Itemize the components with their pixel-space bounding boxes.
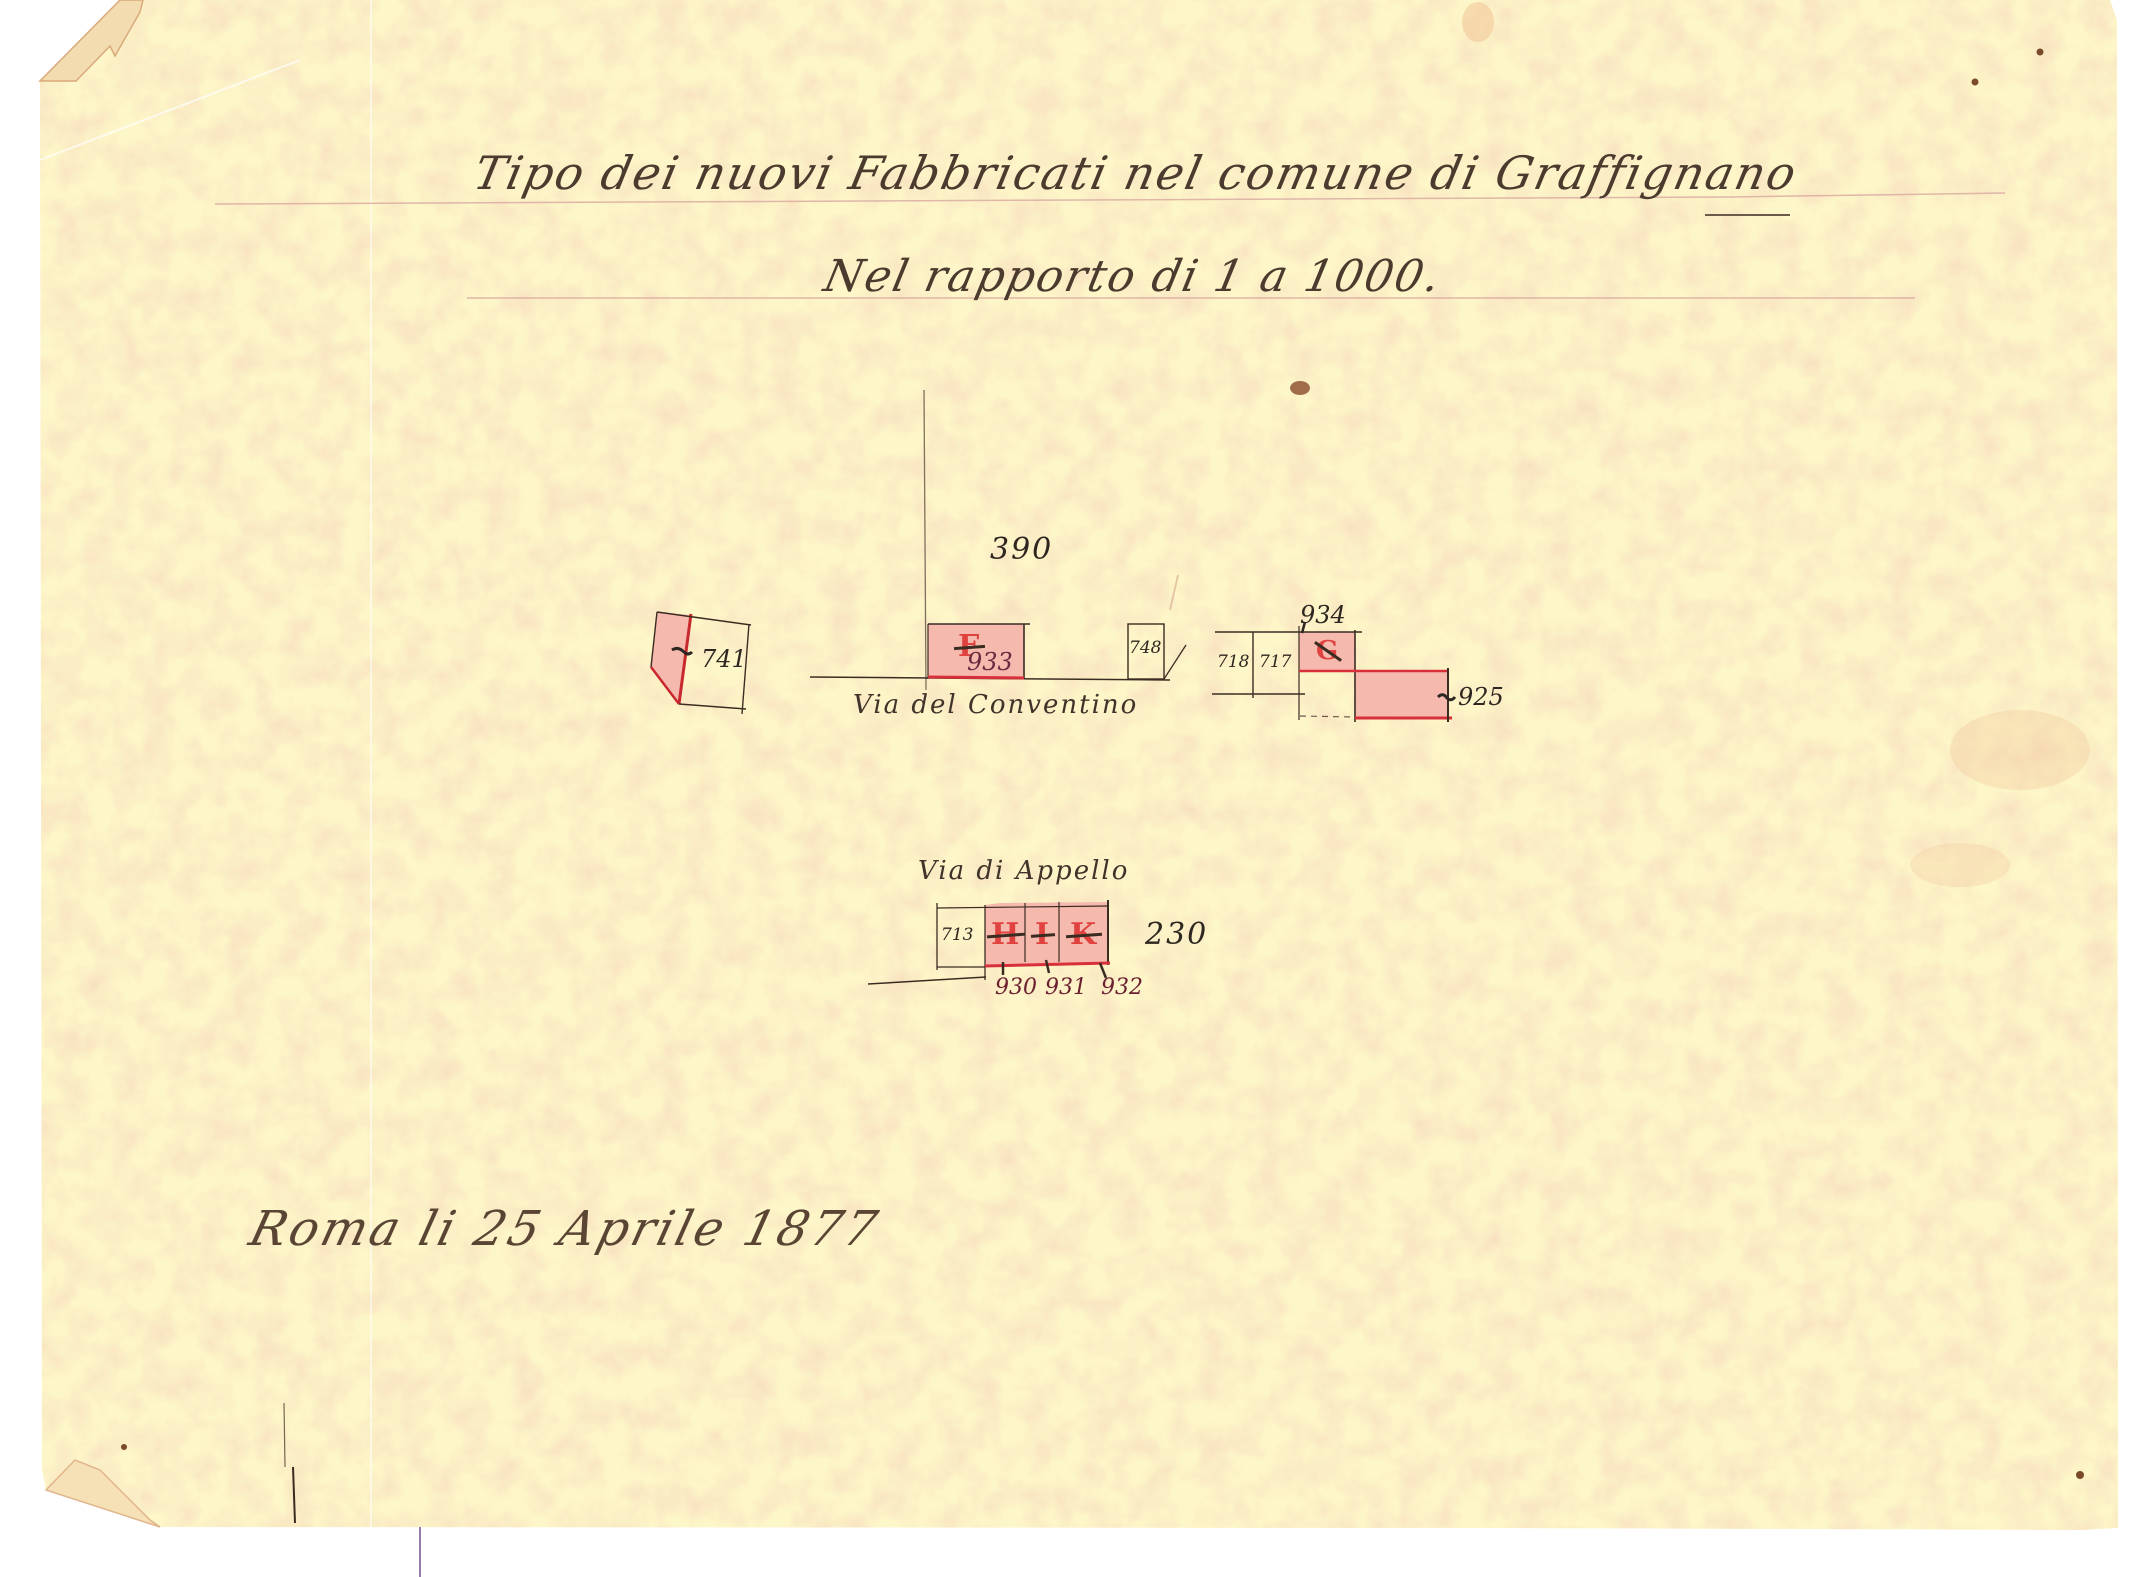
cadastral-sheet: Tipo dei nuovi Fabbricati nel comune di …	[0, 0, 2155, 1577]
document-title: Tipo dei nuovi Fabbricati nel comune di …	[470, 150, 1802, 196]
parcel-932-label: 932	[1101, 977, 1143, 999]
paper-and-drawing	[0, 0, 2155, 1577]
parcel-930-label: 930	[995, 977, 1037, 999]
parcel-925-label: 925	[1458, 685, 1504, 709]
parcel-931-label: 931	[1045, 977, 1087, 999]
road-label-via-di-appello: Via di Appello	[918, 858, 1129, 884]
parcel-741-label: 741	[701, 647, 747, 671]
area-230-label: 230	[1145, 920, 1208, 950]
road-label-via-del-conventino: Via del Conventino	[853, 692, 1138, 718]
paper	[0, 0, 2155, 1577]
building-K-letter: K	[1070, 920, 1096, 950]
parcel-934-label: 934	[1300, 603, 1346, 627]
building-G-letter: G	[1316, 638, 1338, 664]
area-390-label: 390	[990, 535, 1053, 565]
date-line: Roma li 25 Aprile 1877	[245, 1205, 885, 1253]
parcel-717-label: 717	[1259, 654, 1291, 671]
parcel-933-label: 933	[967, 650, 1013, 674]
document-scale: Nel rapporto di 1 a 1000.	[820, 255, 1446, 299]
building-H-letter: H	[991, 920, 1019, 950]
parcel-748-label: 748	[1129, 640, 1161, 657]
building-I-letter: I	[1035, 920, 1049, 950]
parcel-718-label: 718	[1217, 654, 1249, 671]
parcel-713-label: 713	[941, 927, 973, 944]
